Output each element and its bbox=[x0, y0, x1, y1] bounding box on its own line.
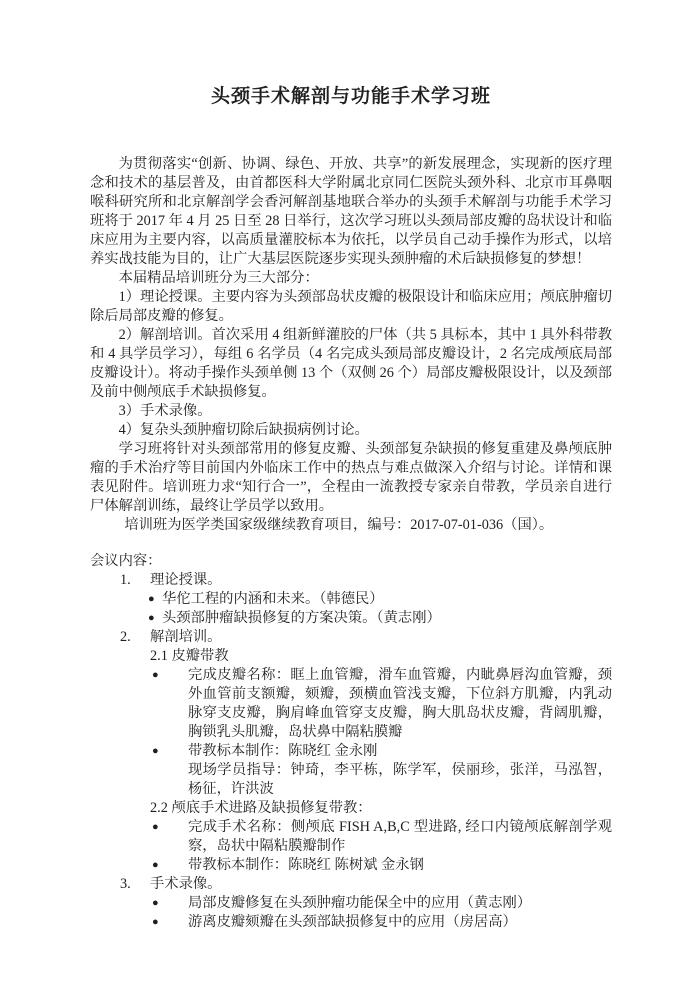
agenda-item-label: 手术录像。 bbox=[150, 875, 221, 894]
parts-intro-paragraph: 本届精品培训班分为三大部分： bbox=[90, 269, 612, 288]
list-item-text: 华佗工程的内涵和未来。（韩德民） bbox=[162, 590, 612, 609]
list-item-text: 头颈部肿瘤缺损修复的方案决策。（黄志刚） bbox=[162, 609, 612, 628]
bullet-icon: ● bbox=[152, 913, 188, 932]
agenda-item-label: 理论授课。 bbox=[150, 571, 221, 590]
list-item: ● 带教标本制作：陈晓红 金永刚 现场学员指导：钟琦，李平栋，陈学军，侯丽珍，张… bbox=[152, 742, 612, 799]
agenda-item-number: 2. bbox=[120, 628, 150, 647]
part-3-paragraph: 3）手术录像。 bbox=[90, 402, 612, 421]
agenda-item-anatomy: 2. 解剖培训。 bbox=[120, 628, 612, 647]
list-item-text: 完成手术名称：侧颅底 FISH A,B,C 型进路, 经口内镜颅底解剖学观察，岛… bbox=[188, 818, 612, 856]
list-item: ● 游离皮瓣颏瓣在头颈部缺损修复中的应用（房居高） bbox=[152, 913, 612, 932]
bullet-icon: ● bbox=[148, 609, 162, 628]
bullet-icon: ● bbox=[152, 856, 188, 875]
agenda-item-theory: 1. 理论授课。 bbox=[120, 571, 612, 590]
subsection-heading-skullbase: 2.2 颅底手术进路及缺损修复带教： bbox=[150, 799, 612, 818]
intro-paragraph: 为贯彻落实“创新、协调、绿色、开放、共享”的新发展理念，实现新的医疗理念和技术的… bbox=[90, 155, 612, 269]
bullet-icon: ● bbox=[152, 742, 188, 799]
list-item-text: 带教标本制作：陈晓红 金永刚 现场学员指导：钟琦，李平栋，陈学军，侯丽珍，张洋，… bbox=[188, 742, 612, 799]
list-item-text: 游离皮瓣颏瓣在头颈部缺损修复中的应用（房居高） bbox=[188, 913, 612, 932]
page-title: 头颈手术解剖与功能手术学习班 bbox=[90, 86, 612, 108]
part-2-paragraph: 2）解剖培训。首次采用 4 组新鲜灌胶的尸体（共 5 具标本，其中 1 具外科带… bbox=[90, 326, 612, 402]
list-item-line: 现场学员指导：钟琦，李平栋，陈学军，侯丽珍，张洋，马泓智，杨征，许洪波 bbox=[188, 761, 612, 799]
list-item: ● 头颈部肿瘤缺损修复的方案决策。（黄志刚） bbox=[148, 609, 612, 628]
agenda-heading: 会议内容： bbox=[90, 552, 612, 571]
list-item-text: 带教标本制作：陈晓红 陈树斌 金永钢 bbox=[188, 856, 612, 875]
bullet-icon: ● bbox=[148, 590, 162, 609]
part-4-paragraph: 4）复杂头颈肿瘤切除后缺损病例讨论。 bbox=[90, 421, 612, 440]
agenda-item-video: 3. 手术录像。 bbox=[120, 875, 612, 894]
list-item-line: 带教标本制作：陈晓红 金永刚 bbox=[188, 742, 612, 761]
agenda-item-number: 1. bbox=[120, 571, 150, 590]
bullet-icon: ● bbox=[152, 894, 188, 913]
agenda-item-number: 3. bbox=[120, 875, 150, 894]
subsection-heading-flap: 2.1 皮瓣带教 bbox=[150, 647, 612, 666]
bullet-icon: ● bbox=[152, 818, 188, 856]
list-item-text: 完成皮瓣名称：眶上血管瓣，滑车血管瓣，内眦鼻唇沟血管瓣，颈外血管前支额瓣，颏瓣，… bbox=[188, 666, 612, 742]
agenda-item-label: 解剖培训。 bbox=[150, 628, 221, 647]
part-1-paragraph: 1）理论授课。主要内容为头颈部岛状皮瓣的极限设计和临床应用；颅底肿瘤切除后局部皮… bbox=[90, 288, 612, 326]
summary-paragraph: 学习班将针对头颈部常用的修复皮瓣、头颈部复杂缺损的修复重建及鼻颅底肿瘤的手术治疗… bbox=[90, 440, 612, 516]
list-item: ● 完成手术名称：侧颅底 FISH A,B,C 型进路, 经口内镜颅底解剖学观察… bbox=[152, 818, 612, 856]
list-item: ● 带教标本制作：陈晓红 陈树斌 金永钢 bbox=[152, 856, 612, 875]
education-project-paragraph: 培训班为医学类国家级继续教育项目，编号：2017-07-01-036（国）。 bbox=[90, 516, 612, 535]
list-item: ● 局部皮瓣修复在头颈肿瘤功能保全中的应用（黄志刚） bbox=[152, 894, 612, 913]
list-item: ● 华佗工程的内涵和未来。（韩德民） bbox=[148, 590, 612, 609]
list-item-text: 局部皮瓣修复在头颈肿瘤功能保全中的应用（黄志刚） bbox=[188, 894, 612, 913]
bullet-icon: ● bbox=[152, 666, 188, 742]
document-body: 为贯彻落实“创新、协调、绿色、开放、共享”的新发展理念，实现新的医疗理念和技术的… bbox=[90, 155, 612, 932]
list-item: ● 完成皮瓣名称：眶上血管瓣，滑车血管瓣，内眦鼻唇沟血管瓣，颈外血管前支额瓣，颏… bbox=[152, 666, 612, 742]
document-page: 头颈手术解剖与功能手术学习班 为贯彻落实“创新、协调、绿色、开放、共享”的新发展… bbox=[0, 0, 700, 990]
